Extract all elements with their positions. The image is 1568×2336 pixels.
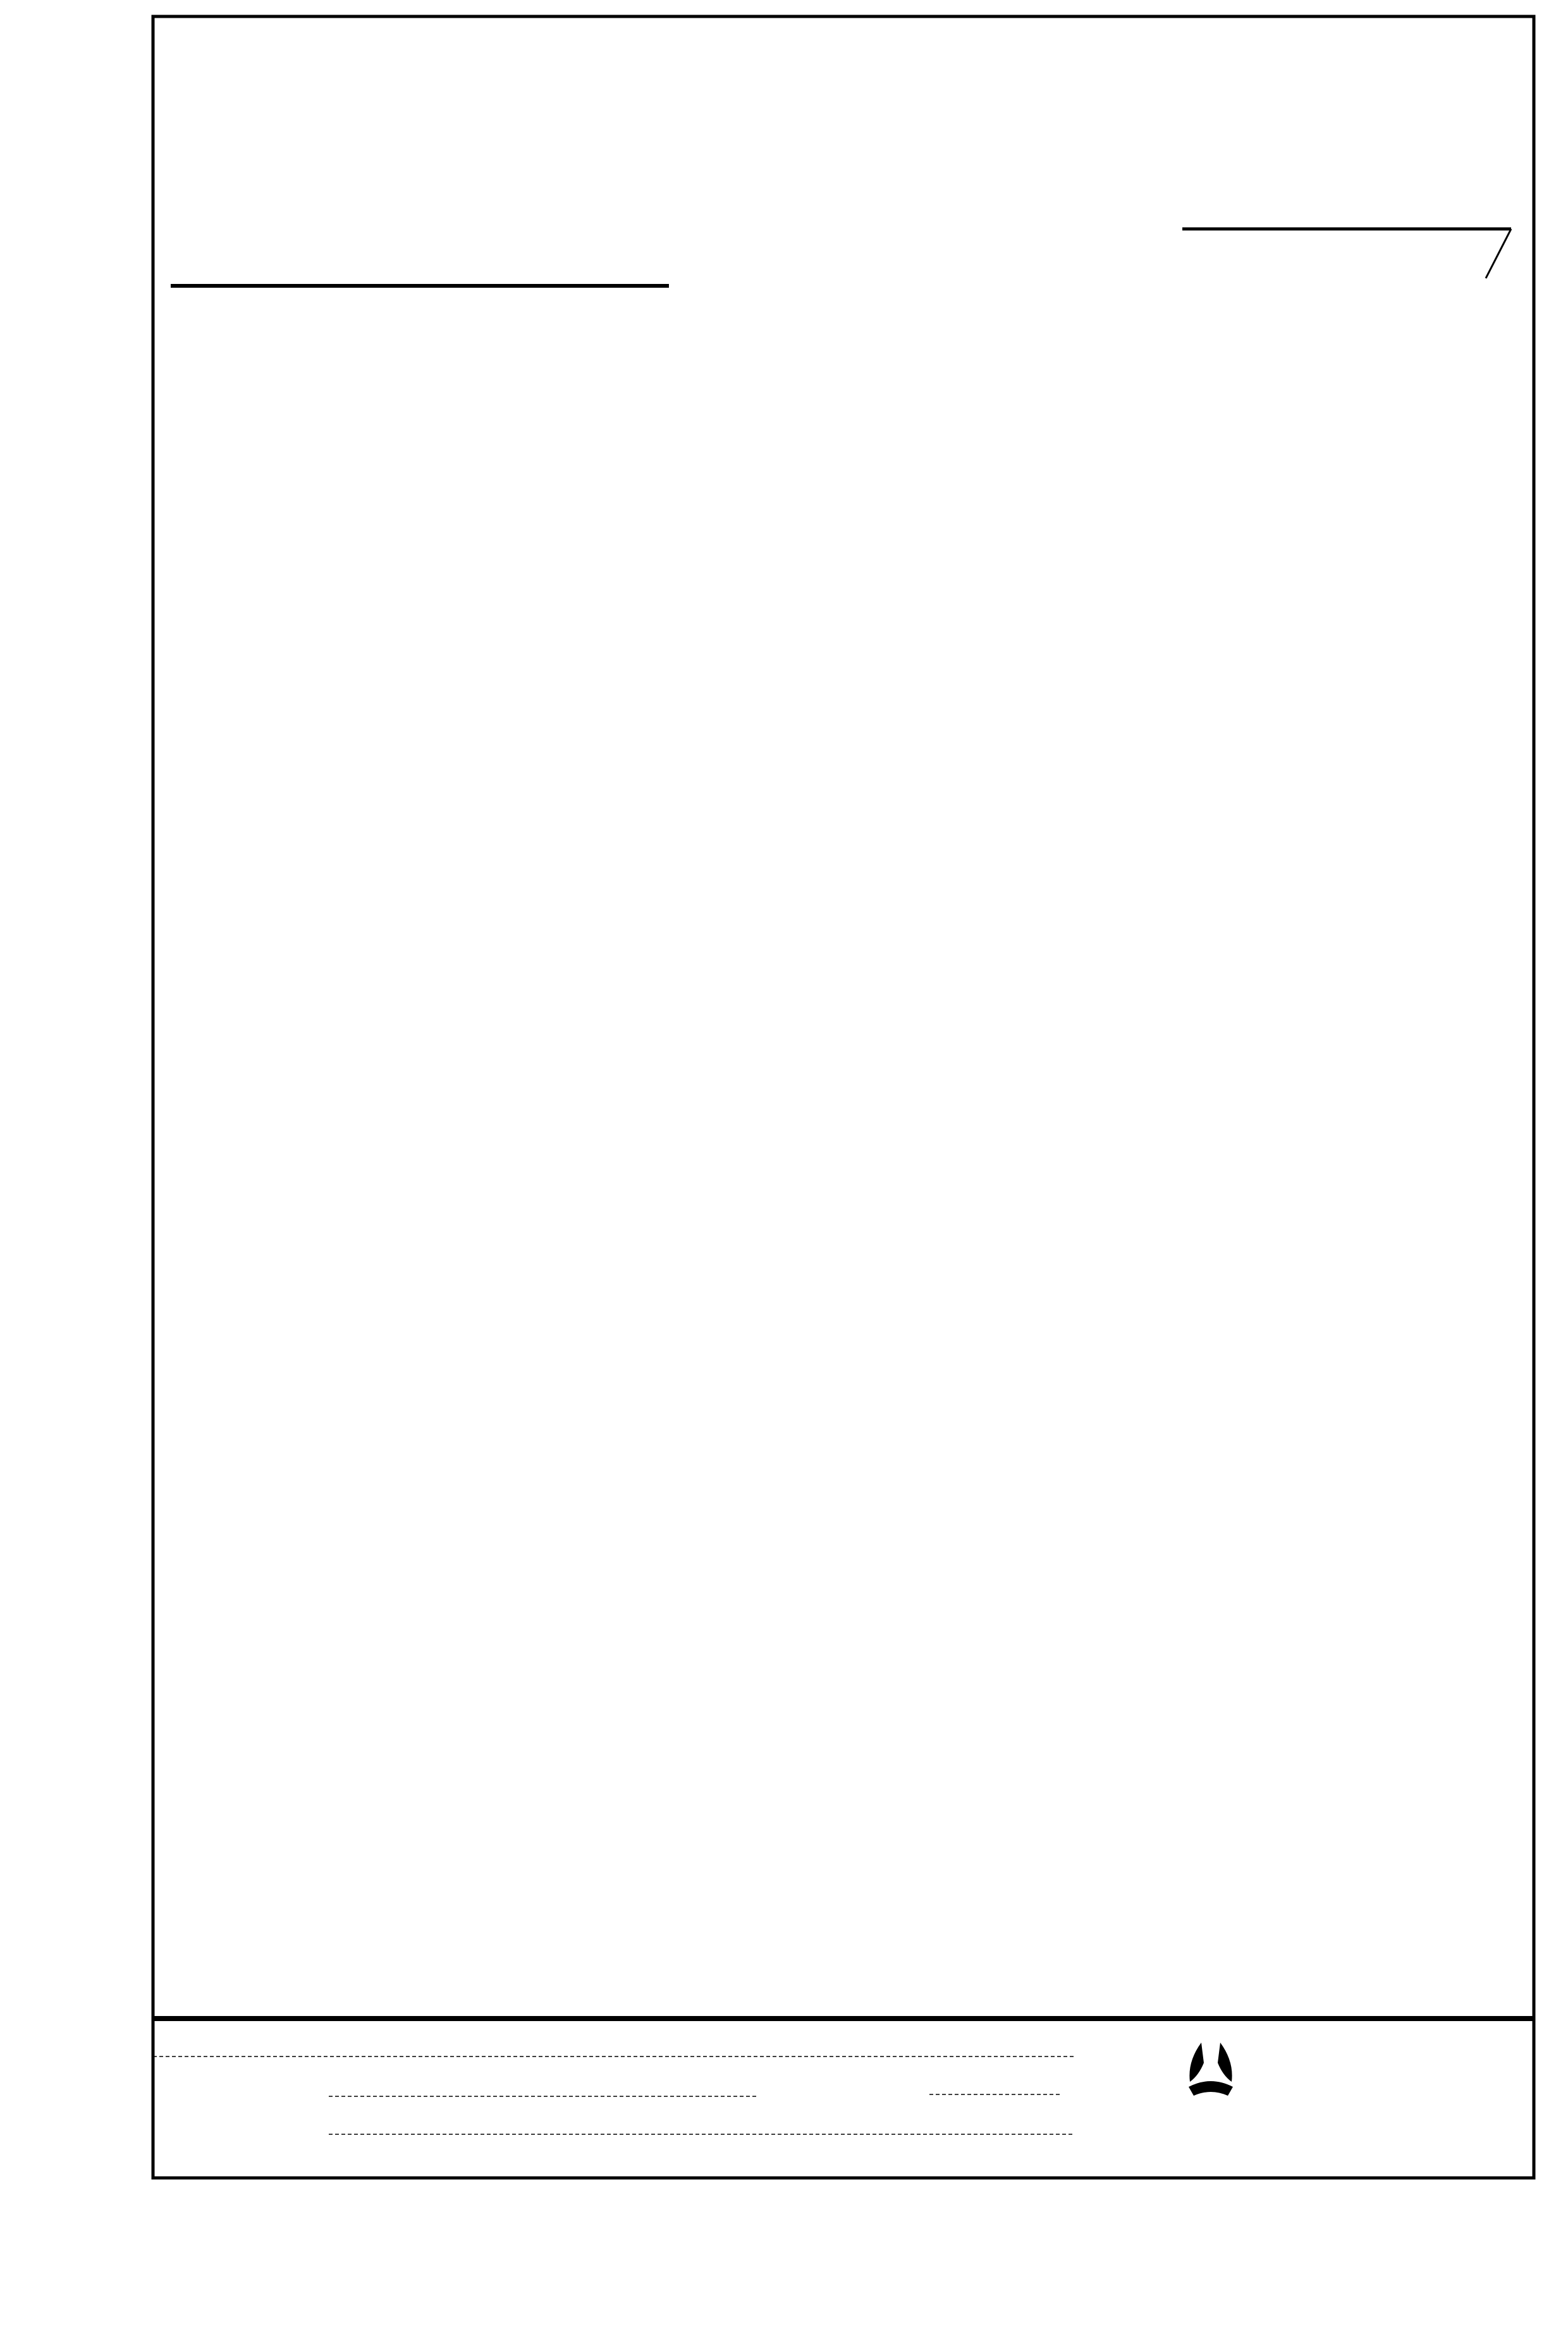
borehole-diagram: z x [0,0,1568,2336]
title-block [153,2019,1534,2134]
borehole-drawing-sheet: z x [0,0,1568,2336]
preussag-logo-icon [1189,2043,1233,2096]
sheet-frame [153,16,1534,2178]
